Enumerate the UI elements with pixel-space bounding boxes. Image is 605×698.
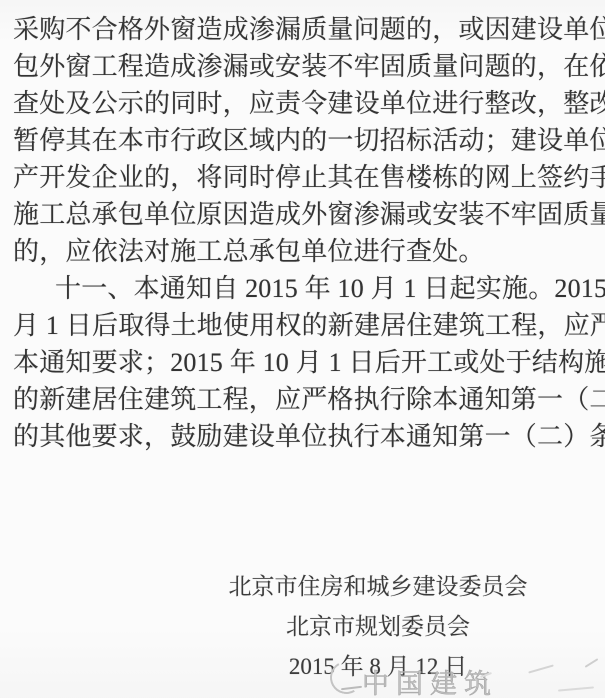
scanned-notice-page: 采购不合格外窗造成渗漏质量问题的，或因建设单位直接发 包外窗工程造成渗漏或安装不… xyxy=(0,0,605,698)
body-line-4: 暂停其在本市行政区域内的一切招标活动；建设单位为房地 xyxy=(13,122,593,159)
body-line-1: 采购不合格外窗造成渗漏质量问题的，或因建设单位直接发 xyxy=(13,11,593,48)
body-line-10: 本通知要求；2015 年 10 月 1 日后开工或处于结构施工阶段 xyxy=(13,344,593,381)
body-line-3: 查处及公示的同时，应责令建设单位进行整改，整改期限内 xyxy=(13,85,593,122)
body-line-12: 的其他要求，鼓励建设单位执行本通知第一（二）条要求。 xyxy=(13,418,593,455)
body-line-5: 产开发企业的，将同时停止其在售楼栋的网上签约手续。因 xyxy=(13,159,593,196)
notice-body: 采购不合格外窗造成渗漏质量问题的，或因建设单位直接发 包外窗工程造成渗漏或安装不… xyxy=(13,11,593,455)
body-line-6: 施工总承包单位原因造成外窗渗漏或安装不牢固质量问题 xyxy=(13,196,593,233)
body-line-9: 月 1 日后取得土地使用权的新建居住建筑工程，应严格执行 xyxy=(13,307,593,344)
body-line-2: 包外窗工程造成渗漏或安装不牢固质量问题的，在依法进行 xyxy=(13,48,593,85)
signature-org-2: 北京市规划委员会 xyxy=(200,607,556,647)
watermark-text: 中国建筑 xyxy=(362,662,498,698)
body-line-8: 十一、本通知自 2015 年 10 月 1 日起实施。2015 年 10 xyxy=(13,270,593,307)
body-line-7: 的，应依法对施工总承包单位进行查处。 xyxy=(13,233,593,270)
scan-smudge xyxy=(585,658,599,668)
body-line-11: 的新建居住建筑工程，应严格执行除本通知第一（二）条外 xyxy=(13,381,593,418)
scan-smudge xyxy=(558,686,594,691)
signature-org-1: 北京市住房和城乡建设委员会 xyxy=(200,567,556,607)
